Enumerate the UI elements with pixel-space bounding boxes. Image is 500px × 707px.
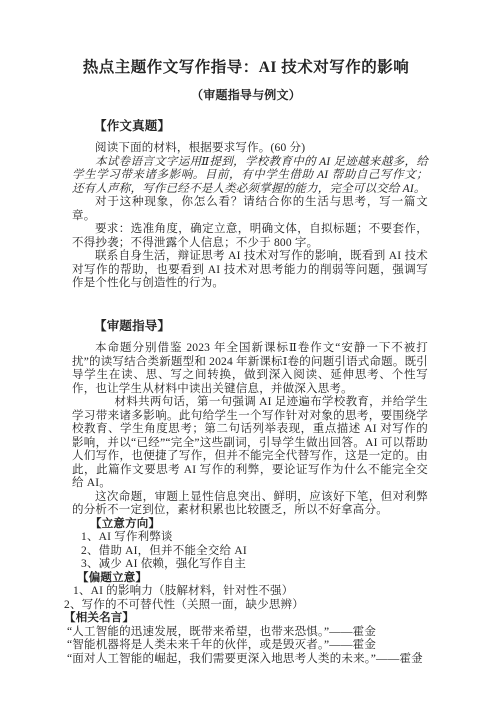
paragraph-exam-material: 本试卷语言文字运用Ⅱ提到，学校教育中的 AI 足迹越来越多，给学生学习带来诸多影…	[72, 156, 428, 197]
section-header-exam-question: 【作文真题】	[94, 120, 428, 134]
paragraph-exam-question-prompt: 对于这种现象，你怎么看？请结合你的生活与思考，写一篇文章。	[72, 196, 428, 223]
section-header-topic-guidance: 【审题指导】	[94, 320, 428, 334]
subsection-header-off-topic: 【偏题立意】	[77, 572, 428, 586]
paragraph-guidance-1: 本命题分别借鉴 2023 年全国新课标Ⅱ卷作文“安静一下不被打扰”的读写结合类新…	[72, 342, 428, 396]
list-item-angle-2: 2、借助 AI，但并不能全交给 AI	[81, 545, 428, 559]
quote-item-2: “智能机器将是人类未来千年的伙伴，或是毁灭者。”——霍金	[67, 639, 428, 653]
list-item-off-topic-1: 1、AI 的影响力（肢解材料，针对性不强）	[73, 585, 428, 599]
paragraph-exam-note: 联系自身生活，辩证思考 AI 技术对写作的影响，既看到 AI 技术对写作的帮助，…	[72, 250, 428, 291]
subsection-header-angles: 【立意方向】	[90, 518, 428, 532]
page-number: 1	[417, 650, 422, 664]
document-page: 热点主题作文写作指导：AI 技术对写作的影响 （审题指导与例文） 【作文真题】 …	[0, 0, 500, 707]
quote-item-3: “面对人工智能的崛起，我们需要更深入地思考人类的未来。”——霍金	[67, 653, 428, 667]
list-item-angle-1: 1、AI 写作利弊谈	[81, 531, 428, 545]
document-subtitle: （审题指导与例文）	[64, 89, 428, 103]
paragraph-guidance-2: 材料共两句话，第一句强调 AI 足迹遍布学校教育，并给学生学习带来诸多影响。此句…	[72, 396, 428, 491]
list-item-off-topic-2: 2、写作的不可替代性（关照一面，缺少思辨）	[64, 599, 428, 613]
paragraph-exam-requirements: 要求：选准角度，确定立意，明确文体，自拟标题；不要套作，不得抄袭；不得泄露个人信…	[72, 223, 428, 250]
paragraph-guidance-3: 这次命题，审题上显性信息突出、鲜明，应该好下笔，但对利弊的分析不一定到位，素材积…	[72, 491, 428, 518]
quote-item-1: “人工智能的迅速发展，既带来希望，也带来恐惧。”——霍金	[67, 626, 428, 640]
document-title: 热点主题作文写作指导：AI 技术对写作的影响	[64, 58, 428, 78]
paragraph-exam-intro: 阅读下面的材料，根据要求写作。(60 分)	[72, 142, 428, 156]
list-item-angle-3: 3、减少 AI 依赖，强化写作自主	[81, 558, 428, 572]
subsection-header-quotes: 【相关名言】	[64, 612, 428, 626]
